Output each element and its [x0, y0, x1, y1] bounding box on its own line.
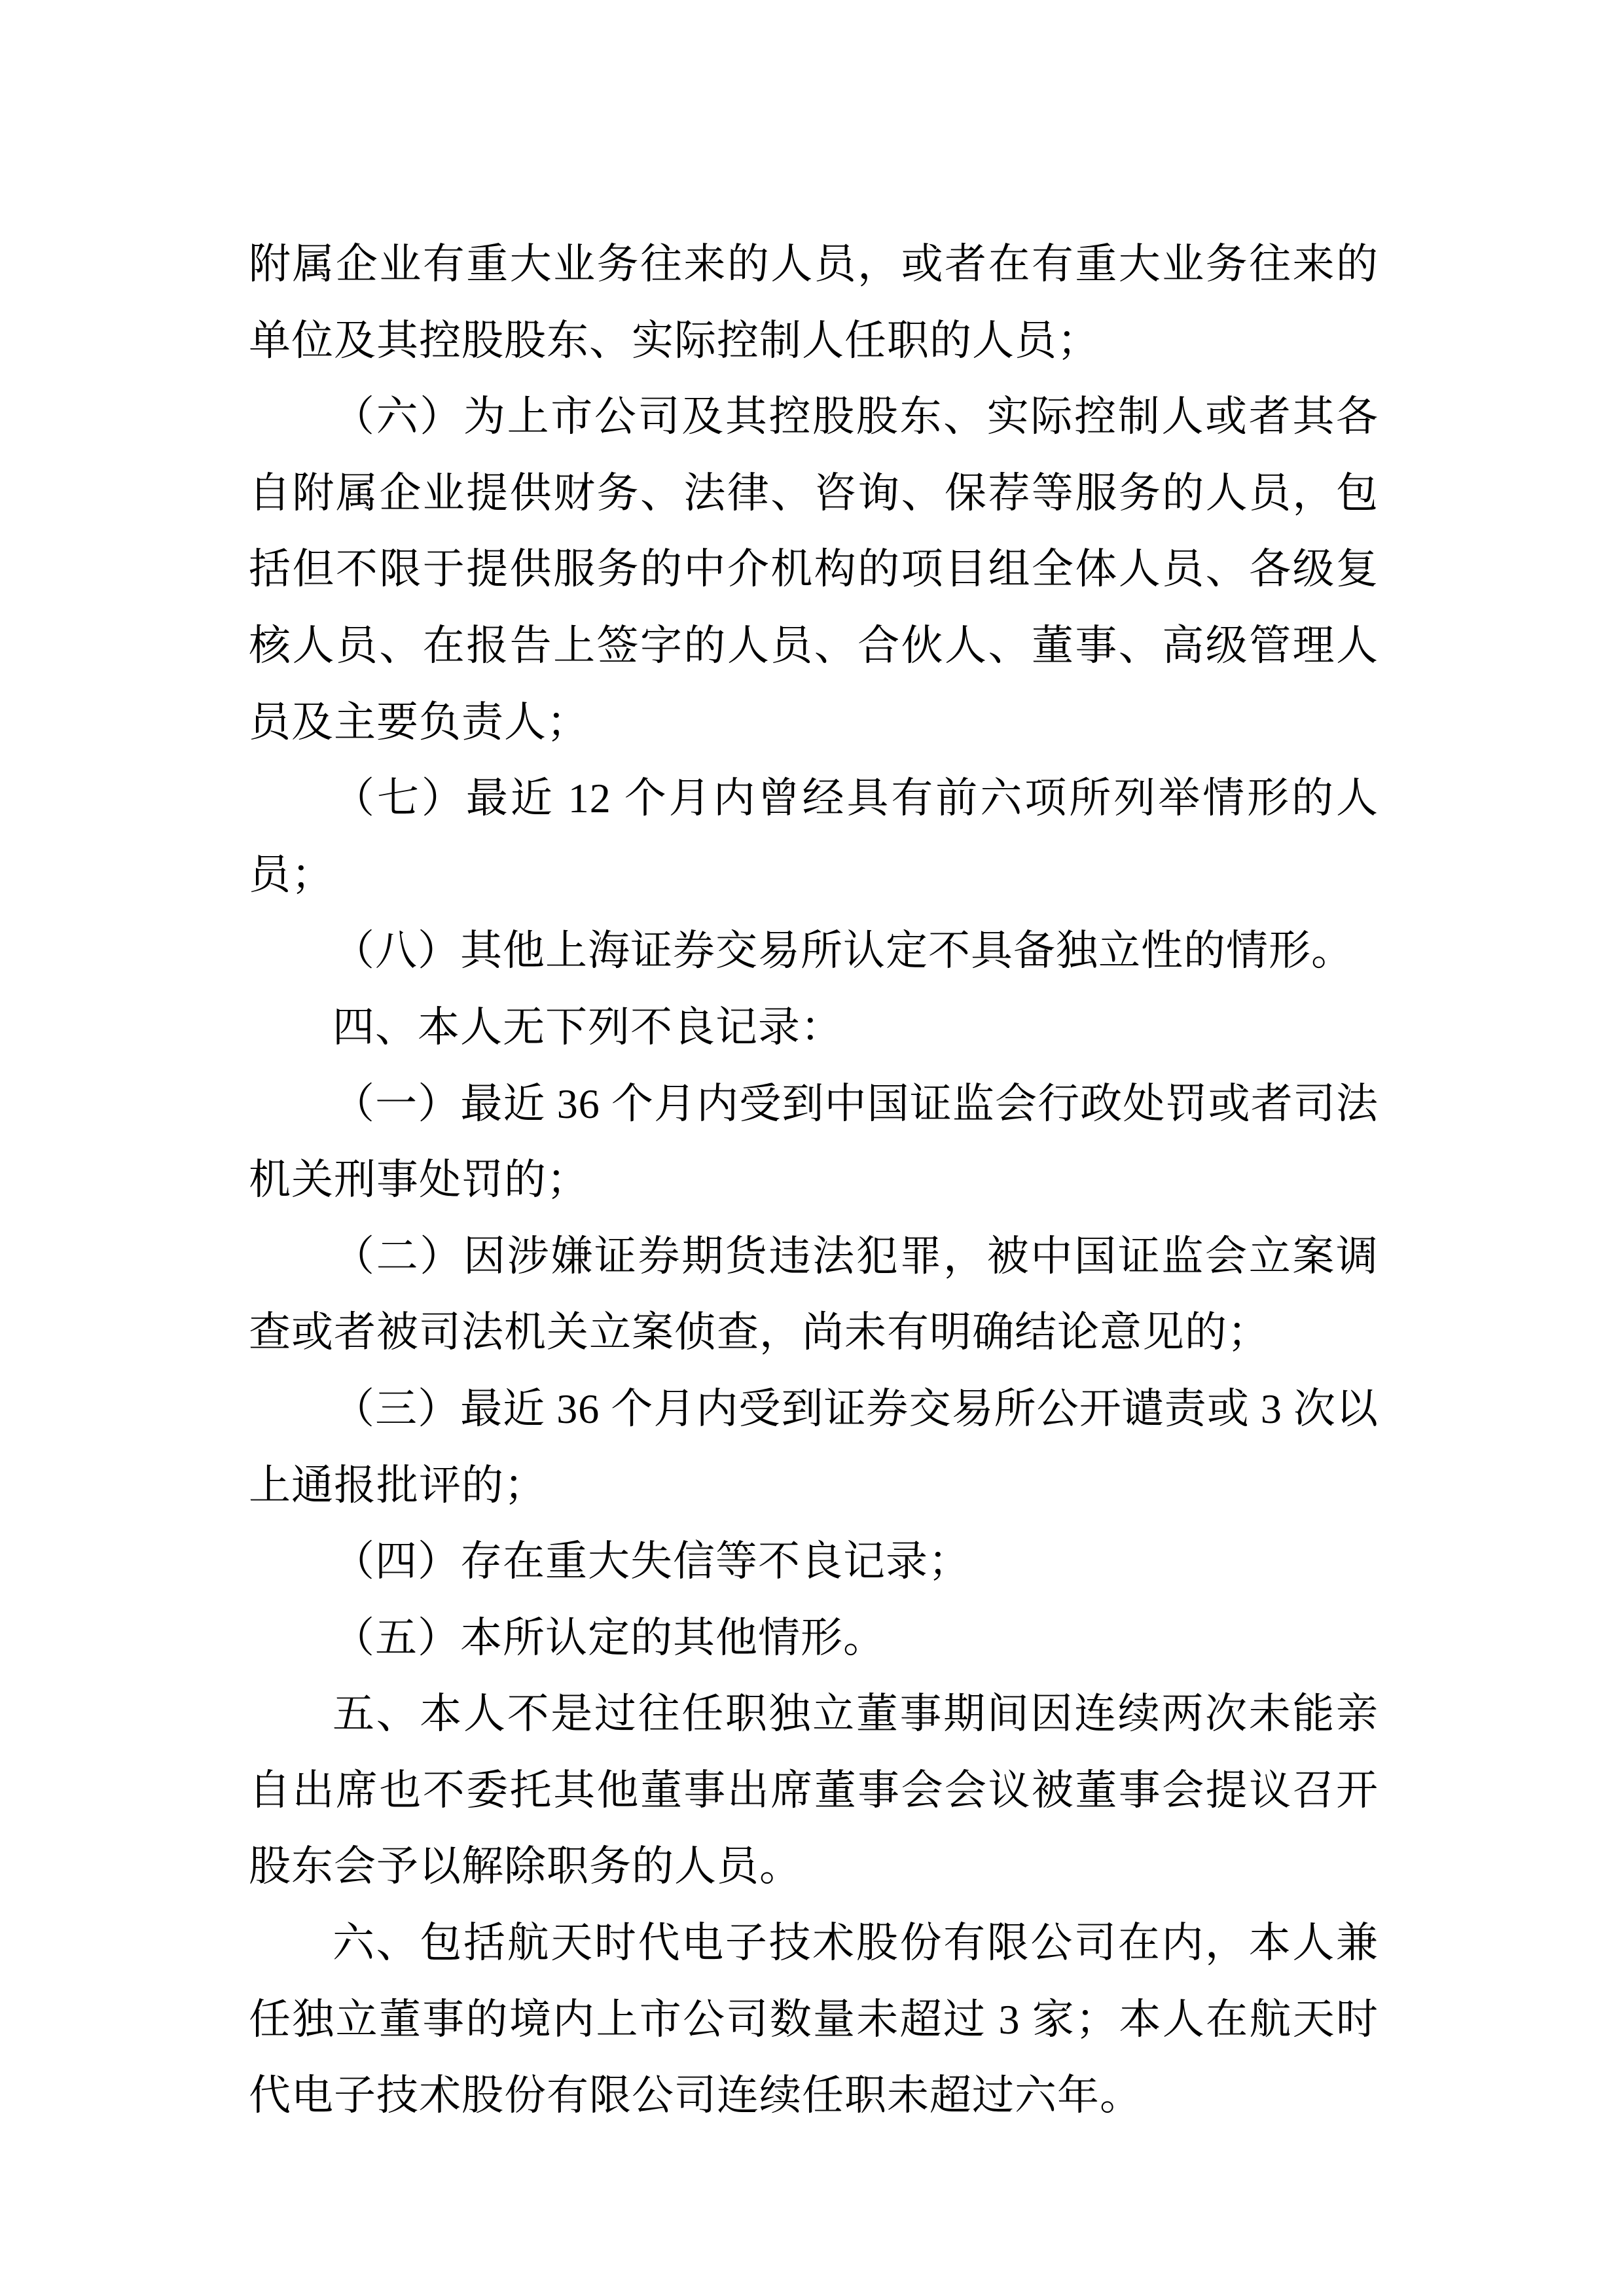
paragraph-item-seven: （七）最近 12 个月内曾经具有前六项所列举情形的人员； [249, 761, 1379, 913]
paragraph-section-four-heading: 四、本人无下列不良记录： [249, 990, 1379, 1066]
paragraph-record-item-two: （二）因涉嫌证券期货违法犯罪，被中国证监会立案调查或者被司法机关立案侦查，尚未有… [249, 1219, 1379, 1371]
paragraph-record-item-one: （一）最近 36 个月内受到中国证监会行政处罚或者司法机关刑事处罚的； [249, 1066, 1379, 1219]
paragraph-record-item-three: （三）最近 36 个月内受到证券交易所公开谴责或 3 次以上通报批评的； [249, 1371, 1379, 1524]
paragraph-item-eight: （八）其他上海证券交易所认定不具备独立性的情形。 [249, 913, 1379, 990]
document-page: 附属企业有重大业务往来的人员，或者在有重大业务往来的单位及其控股股东、实际控制人… [0, 0, 1624, 2296]
paragraph-section-five: 五、本人不是过往任职独立董事期间因连续两次未能亲自出席也不委托其他董事出席董事会… [249, 1676, 1379, 1905]
paragraph-record-item-four: （四）存在重大失信等不良记录； [249, 1524, 1379, 1600]
paragraph-continuation: 附属企业有重大业务往来的人员，或者在有重大业务往来的单位及其控股股东、实际控制人… [249, 226, 1379, 379]
paragraph-item-six: （六）为上市公司及其控股股东、实际控制人或者其各自附属企业提供财务、法律、咨询、… [249, 379, 1379, 761]
paragraph-record-item-five: （五）本所认定的其他情形。 [249, 1600, 1379, 1677]
document-body: 附属企业有重大业务往来的人员，或者在有重大业务往来的单位及其控股股东、实际控制人… [249, 226, 1379, 2134]
paragraph-section-six: 六、包括航天时代电子技术股份有限公司在内，本人兼任独立董事的境内上市公司数量未超… [249, 1905, 1379, 2134]
